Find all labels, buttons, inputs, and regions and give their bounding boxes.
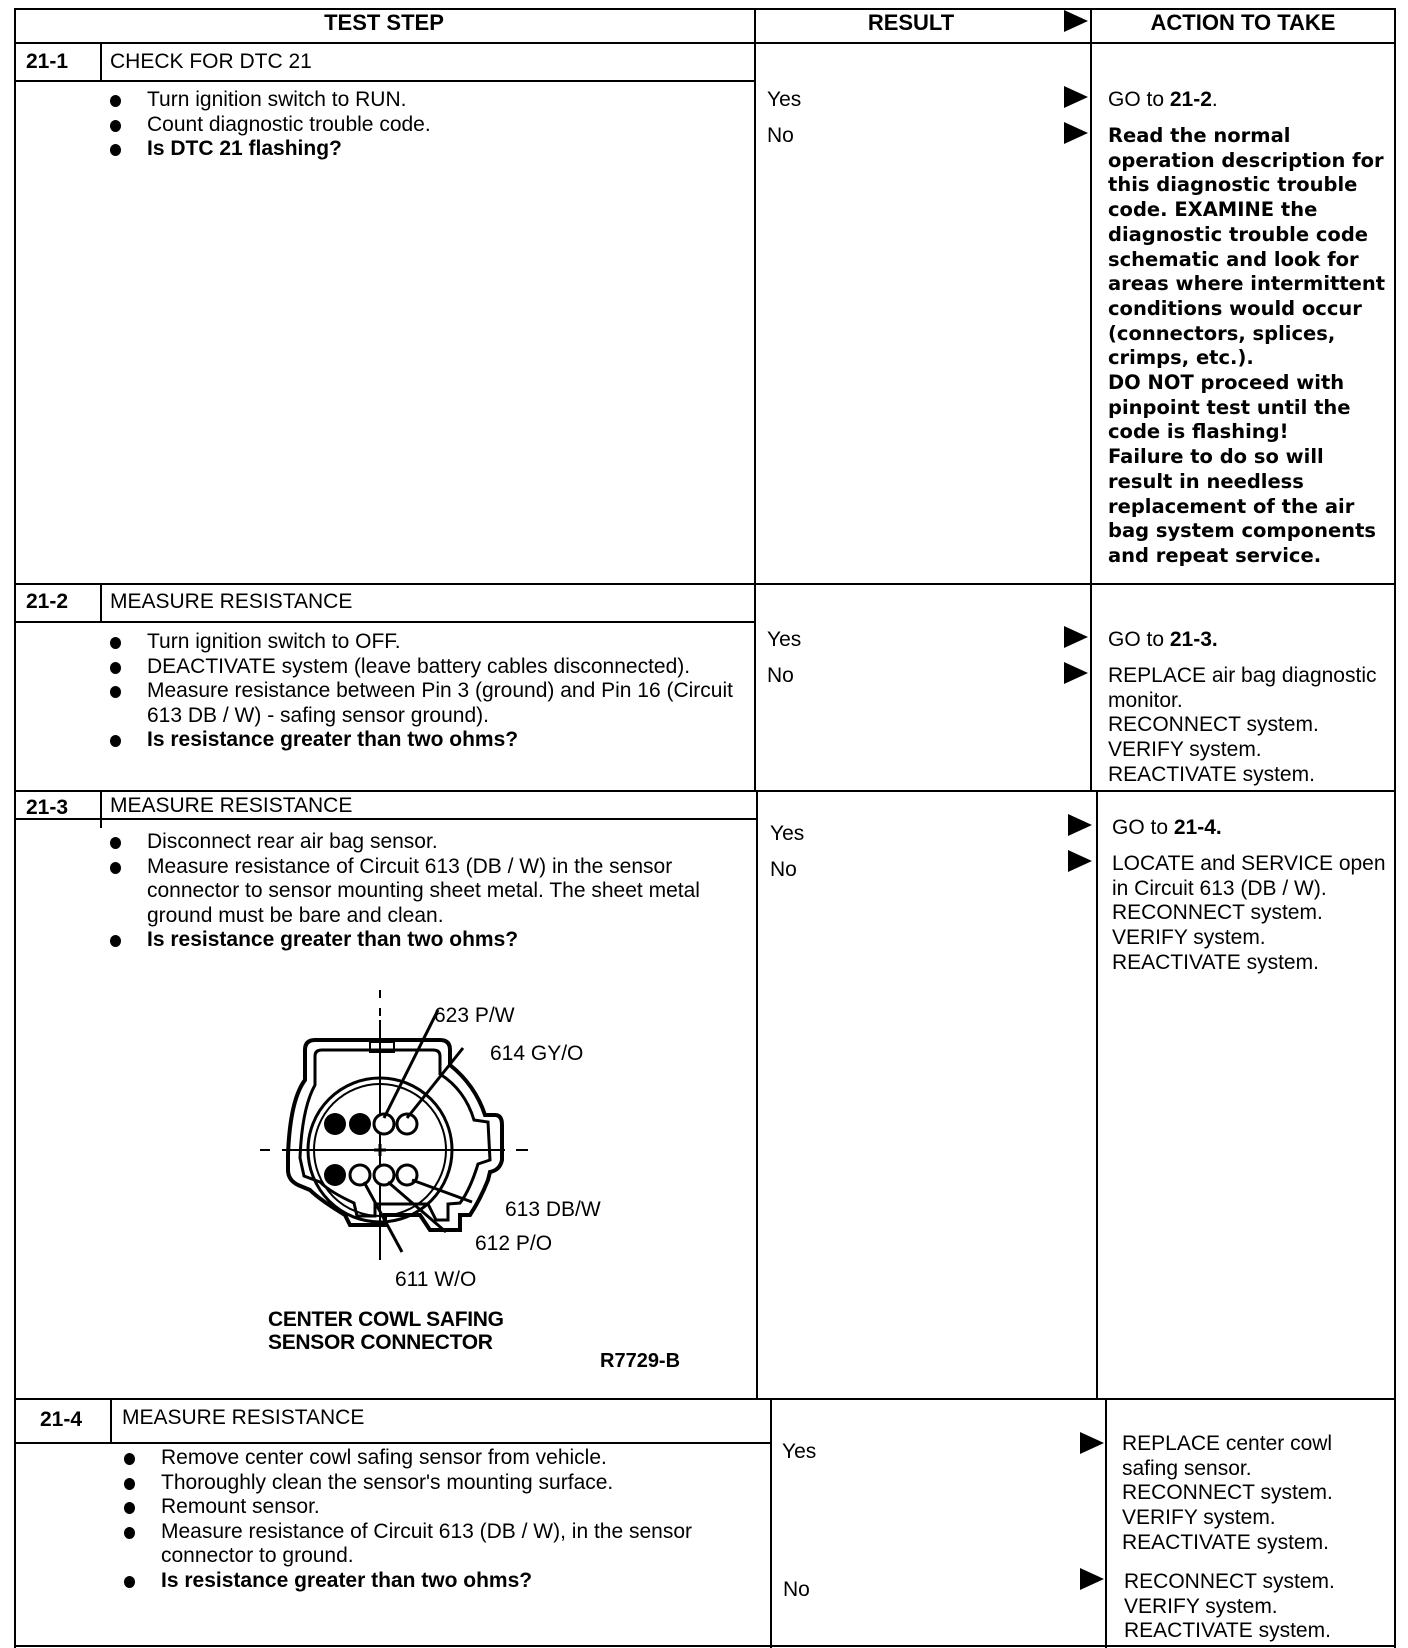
- action-yes: REPLACE center cowl safing sensor. RECON…: [1122, 1432, 1392, 1556]
- action-no: Read the normal operation description fo…: [1108, 124, 1388, 569]
- pin-label: 611 W/O: [395, 1268, 476, 1292]
- action-yes: GO to 21-4.: [1112, 816, 1222, 841]
- step-title: MEASURE RESISTANCE: [122, 1406, 364, 1430]
- instruction: Measure resistance between Pin 3 (ground…: [110, 679, 750, 728]
- action-text: GO to: [1108, 88, 1170, 111]
- step-instructions: Remove center cowl safing sensor from ve…: [124, 1446, 744, 1593]
- step-number: 21-2: [26, 590, 68, 614]
- instruction: DEACTIVATE system (leave battery cables …: [110, 655, 750, 680]
- instruction: Thoroughly clean the sensor's mounting s…: [124, 1471, 744, 1496]
- pin-label: 623 P/W: [434, 1004, 515, 1028]
- instruction: Measure resistance of Circuit 613 (DB / …: [124, 1520, 744, 1569]
- header-result: RESULT: [756, 10, 1066, 36]
- header-action: ACTION TO TAKE: [1092, 10, 1394, 36]
- figure-id: R7729-B: [600, 1350, 680, 1373]
- pin-label: 612 P/O: [475, 1232, 552, 1256]
- step-instructions: Turn ignition switch to RUN. Count diagn…: [110, 88, 730, 162]
- action-yes: GO to 21-2.: [1108, 88, 1218, 113]
- arrow-icon: [1068, 814, 1092, 836]
- instruction-question: Is DTC 21 flashing?: [110, 137, 730, 162]
- result-no: No: [767, 124, 794, 148]
- action-text: GO to: [1108, 628, 1170, 651]
- instruction: Turn ignition switch to RUN.: [110, 88, 730, 113]
- step-number: 21-1: [26, 50, 68, 74]
- instruction: Remove center cowl safing sensor from ve…: [124, 1446, 744, 1471]
- step-number: 21-3: [26, 796, 68, 820]
- arrow-icon: [1064, 662, 1088, 684]
- connector-diagram: [260, 990, 560, 1270]
- action-step-link[interactable]: 21-3.: [1170, 628, 1218, 651]
- instruction-question: Is resistance greater than two ohms?: [124, 1569, 744, 1594]
- arrow-icon: [1080, 1568, 1104, 1590]
- figure-caption: CENTER COWL SAFING SENSOR CONNECTOR: [268, 1308, 504, 1354]
- step-title: MEASURE RESISTANCE: [110, 590, 352, 614]
- arrow-icon: [1064, 122, 1088, 144]
- action-text: .: [1212, 88, 1218, 111]
- result-yes: Yes: [767, 88, 801, 112]
- action-step-link[interactable]: 21-2: [1170, 88, 1212, 111]
- caption-line: SENSOR CONNECTOR: [268, 1331, 504, 1354]
- result-no: No: [783, 1578, 810, 1602]
- pin-label: 614 GY/O: [490, 1042, 583, 1066]
- action-no: LOCATE and SERVICE open in Circuit 613 (…: [1112, 852, 1392, 976]
- arrow-icon: [1080, 1432, 1104, 1454]
- instruction: Remount sensor.: [124, 1495, 744, 1520]
- header-arrow-icon: [1064, 10, 1088, 32]
- action-text: GO to: [1112, 816, 1174, 839]
- step-number: 21-4: [40, 1408, 82, 1432]
- instruction: Count diagnostic trouble code.: [110, 113, 730, 138]
- header-test-step: TEST STEP: [14, 10, 754, 36]
- instruction: Disconnect rear air bag sensor.: [110, 830, 730, 855]
- action-no: RECONNECT system. VERIFY system. REACTIV…: [1124, 1570, 1394, 1644]
- instruction-question: Is resistance greater than two ohms?: [110, 928, 730, 953]
- arrow-icon: [1068, 850, 1092, 872]
- arrow-icon: [1064, 626, 1088, 648]
- arrow-icon: [1064, 86, 1088, 108]
- action-step-link[interactable]: 21-4.: [1174, 816, 1222, 839]
- step-title: MEASURE RESISTANCE: [110, 794, 352, 818]
- step-title: CHECK FOR DTC 21: [110, 50, 312, 74]
- instruction: Measure resistance of Circuit 613 (DB / …: [110, 855, 730, 929]
- instruction-question: Is resistance greater than two ohms?: [110, 728, 750, 753]
- caption-line: CENTER COWL SAFING: [268, 1308, 504, 1331]
- pin-label: 613 DB/W: [505, 1198, 601, 1222]
- result-yes: Yes: [782, 1440, 816, 1464]
- step-instructions: Turn ignition switch to OFF. DEACTIVATE …: [110, 630, 750, 753]
- result-yes: Yes: [767, 628, 801, 652]
- action-yes: GO to 21-3.: [1108, 628, 1218, 653]
- result-no: No: [767, 664, 794, 688]
- step-instructions: Disconnect rear air bag sensor. Measure …: [110, 830, 730, 953]
- action-no: REPLACE air bag diagnostic monitor. RECO…: [1108, 664, 1388, 788]
- instruction: Turn ignition switch to OFF.: [110, 630, 750, 655]
- result-no: No: [770, 858, 797, 882]
- result-yes: Yes: [770, 822, 804, 846]
